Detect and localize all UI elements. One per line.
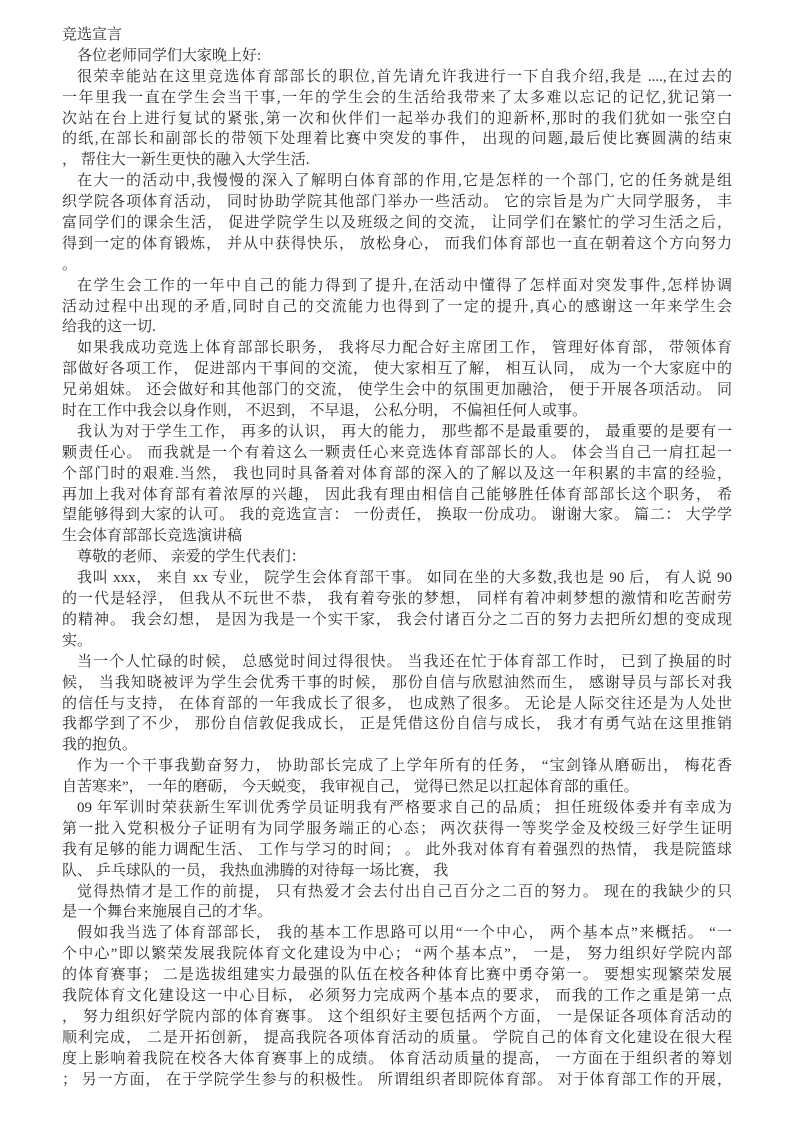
document-title: 竞选宣言 — [62, 25, 732, 46]
text-line: 队、 乒乓球队的一员， 我热血沸腾的对待每一场比赛， 我 — [62, 861, 732, 882]
text-line: 给我的这一切. — [62, 317, 732, 338]
text-line: 当一个人忙碌的时候， 总感觉时间过得很快。 当我还在忙于体育部工作时， 已到了换… — [62, 652, 732, 673]
text-line: 作为一个干事我勤奋努力， 协助部长完成了上学年所有的任务， “宝剑锋从磨砺出， … — [62, 756, 732, 777]
text-line: 个中心”即以繁荣发展我院体育文化建设为中心； “两个基本点”， 一是， 努力组织… — [62, 944, 732, 965]
text-line: 自苦寒来”， 一年的磨砺， 今天蜕变， 我审视自己， 觉得已然足以扛起体育部的重… — [62, 777, 732, 798]
text-line: 活动过程中出现的矛盾,同时自己的交流能力也得到了一定的提升,真心的感谢这一年来学… — [62, 297, 732, 318]
text-line: ； 另一方面， 在于学院学生参与的积极性。 所谓组织者即院体育部。 对于体育部工… — [62, 1070, 732, 1091]
text-line: 我的抱负。 — [62, 735, 732, 756]
text-line: 我院体育文化建设这一中心目标， 必须努力完成两个基本点的要求， 而我的工作之重是… — [62, 986, 732, 1007]
text-line: 时在工作中我会以身作则， 不迟到， 不早退， 公私分明， 不偏袒任何人或事。 — [62, 401, 732, 422]
text-line: ， 努力组织好学院内部的体育赛事。 这个组织好主要包括两个方面， 一是保证各项体… — [62, 1007, 732, 1028]
text-line: 顺利完成， 二是开拓创新， 提高我院各项体育活动的质量。 学院自己的体育文化建设… — [62, 1028, 732, 1049]
text-line: 织学院各项体育活动， 同时协助学院其他部门举办一些活动。 它的宗旨是为广大同学服… — [62, 192, 732, 213]
document-body: 各位老师同学们大家晚上好:很荣幸能站在这里竞选体育部部长的职位,首先请允许我进行… — [62, 46, 732, 1091]
text-line: 。 — [62, 255, 732, 276]
text-line: 部做好各项工作， 促进部内干事间的交流， 使大家相互了解， 相互认同， 成为一个… — [62, 359, 732, 380]
text-line: 如果我成功竞选上体育部部长职务， 我将尽力配合好主席团工作， 管理好体育部， 带… — [62, 338, 732, 359]
text-line: 在学生会工作的一年中自己的能力得到了提升,在活动中懂得了怎样面对突发事件,怎样协… — [62, 276, 732, 297]
text-line: 尊敬的老师、 亲爱的学生代表们： — [62, 547, 732, 568]
text-line: 望能够得到大家的认可。 我的竞选宣言： 一份责任， 换取一份成功。 谢谢大家。 … — [62, 505, 732, 526]
text-line: 得到一定的体育锻炼， 并从中获得快乐， 放松身心， 而我们体育部也一直在朝着这个… — [62, 234, 732, 255]
text-line: 候， 当我知晓被评为学生会优秀干事的时候， 那份自信与欣慰油然而生， 感谢导员与… — [62, 673, 732, 694]
text-line: 的信任与支持， 在体育部的一年我成长了很多， 也成熟了很多。 无论是人际交往还是… — [62, 694, 732, 715]
text-line: 一年里我一直在学生会当干事,一年的学生会的生活给我带来了太多难以忘记的记忆,犹记… — [62, 88, 732, 109]
text-line: 是一个舞台来施展自己的才华。 — [62, 902, 732, 923]
text-line: 第一批入党积极分子证明有为同学服务端正的心态； 两次获得一等奖学金及校级三好学生… — [62, 819, 732, 840]
text-line: 在大一的活动中,我慢慢的深入了解明白体育部的作用,它是怎样的一个部门, 它的任务… — [62, 171, 732, 192]
text-line: 个部门时的艰难.当然， 我也同时具备着对体育部的深入的了解以及这一年积累的丰富的… — [62, 464, 732, 485]
text-line: ， 帮住大一新生更快的融入大学生活. — [62, 150, 732, 171]
text-line: 实。 — [62, 631, 732, 652]
text-line: 富同学们的课余生活， 促进学院学生以及班级之间的交流， 让同学们在繁忙的学习生活… — [62, 213, 732, 234]
text-line: 我都学到了不少， 那份自信敦促我成长， 正是凭借这份自信与成长， 我才有勇气站在… — [62, 714, 732, 735]
text-line: 颗责任心。 而我就是一个有着这么一颗责任心来竞选体育部部长的人。 体会当自己一肩… — [62, 443, 732, 464]
document-page: 竞选宣言 各位老师同学们大家晚上好:很荣幸能站在这里竞选体育部部长的职位,首先请… — [0, 0, 794, 1123]
text-line: 的纸,在部长和副部长的带领下处理着比赛中突发的事件， 出现的问题,最后使比赛圆满… — [62, 129, 732, 150]
text-line: 度上影响着我院在校各大体育赛事上的成绩。 体育活动质量的提高， 一方面在于组织者… — [62, 1049, 732, 1070]
text-line: 觉得热情才是工作的前提， 只有热爱才会去付出自己百分之二百的努力。 现在的我缺少… — [62, 882, 732, 903]
text-line: 我有足够的能力调配生活、 工作与学习的时间； 。 此外我对体育有着强烈的热情， … — [62, 840, 732, 861]
text-line: 我叫 xxx， 来自 xx 专业， 院学生会体育部干事。 如同在坐的大多数,我也… — [62, 568, 732, 589]
text-line: 很荣幸能站在这里竞选体育部部长的职位,首先请允许我进行一下自我介绍,我是 ...… — [62, 67, 732, 88]
text-line: 各位老师同学们大家晚上好: — [62, 46, 732, 67]
document-text-block: 竞选宣言 各位老师同学们大家晚上好:很荣幸能站在这里竞选体育部部长的职位,首先请… — [62, 25, 732, 1090]
text-line: 再加上我对体育部有着浓厚的兴趣， 因此我有理由相信自己能够胜任体育部部长这个职务… — [62, 485, 732, 506]
text-line: 次站在台上进行复试的紧张,第一次和伙伴们一起举办我们的迎新杯,那时的我们犹如一张… — [62, 109, 732, 130]
text-line: 的一代是轻浮， 但我从不玩世不恭， 我有着夸张的梦想， 同样有着冲刺梦想的激情和… — [62, 589, 732, 610]
text-line: 09 年军训时荣获新生军训优秀学员证明我有严格要求自己的品质； 担任班级体委并有… — [62, 798, 732, 819]
text-line: 的精神。 我会幻想， 是因为我是一个实干家， 我会付诸百分之二百的努力去把所幻想… — [62, 610, 732, 631]
text-line: 我认为对于学生工作， 再多的认识， 再大的能力， 那些都不是最重要的， 最重要的… — [62, 422, 732, 443]
text-line: 生会体育部部长竞选演讲稿 — [62, 526, 732, 547]
text-line: 假如我当选了体育部部长， 我的基本工作思路可以用“一个中心， 两个基本点”来概括… — [62, 923, 732, 944]
text-line: 的体育赛事； 二是选拔组建实力最强的队伍在校各种体育比赛中勇夺第一。 要想实现繁… — [62, 965, 732, 986]
text-line: 兄弟姐妹。 还会做好和其他部门的交流， 使学生会中的氛围更加融洽， 便于开展各项… — [62, 380, 732, 401]
